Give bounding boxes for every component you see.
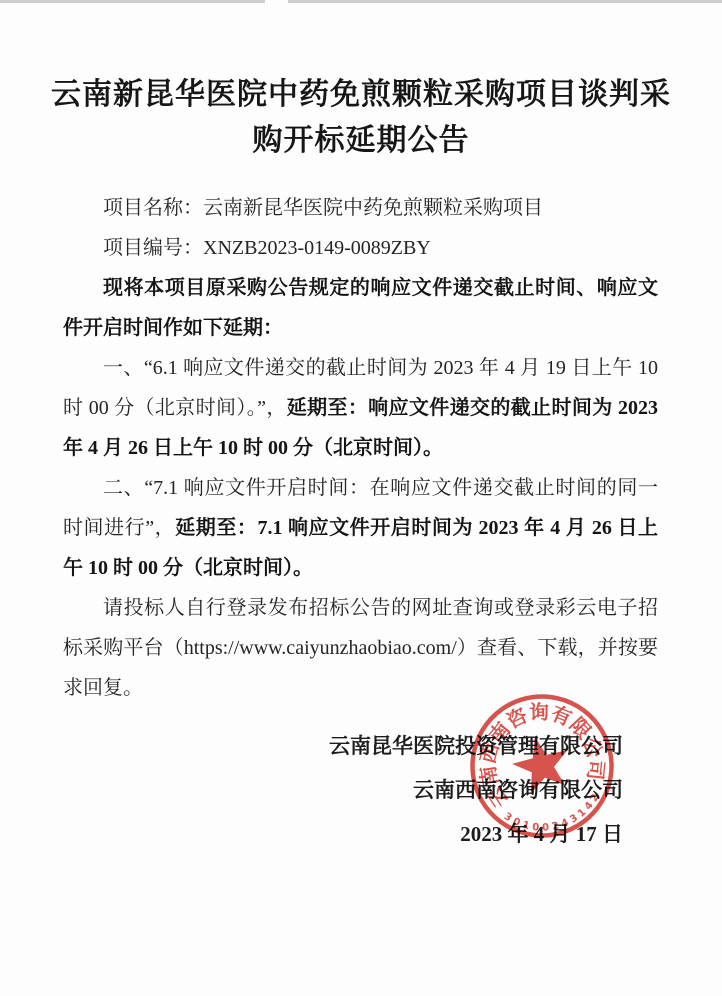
signature-date: 2023 年 4 月 17 日 [0,812,623,856]
signature-company-1: 云南昆华医院投资管理有限公司 [0,724,623,768]
paragraph-text: 请投标人自行登录发布招标公告的网址查询或登录彩云电子招标采购平台（https:/… [63,597,658,699]
paragraph: 现将本项目原采购公告规定的响应文件递交截止时间、响应文件开启时间作如下延期： [63,268,658,348]
paragraph-text: 项目名称：云南新昆华医院中药免煎颗粒采购项目 [103,197,543,219]
paragraph: 项目编号：XNZB2023-0149-0089ZBY [63,228,658,268]
document-page: 云南新昆华医院中药免煎颗粒采购项目谈判采购开标延期公告 项目名称：云南新昆华医院… [0,0,722,996]
paragraph: 一、“6.1 响应文件递交的截止时间为 2023 年 4 月 19 日上午 10… [63,348,658,468]
signature-block: 云南昆华医院投资管理有限公司 云南西南咨询有限公司 2023 年 4 月 17 … [0,724,722,856]
paragraph-text: 项目编号：XNZB2023-0149-0089ZBY [103,237,431,259]
paragraph: 二、“7.1 响应文件开启时间：在响应文件递交截止时间的同一时间进行”，延期至：… [63,468,658,588]
scan-artifact-line-left [0,0,265,3]
title-line2: 购开标延期公告 [253,124,470,157]
paragraph-text-bold: 现将本项目原采购公告规定的响应文件递交截止时间、响应文件开启时间作如下延期： [63,277,658,339]
document-body: 项目名称：云南新昆华医院中药免煎颗粒采购项目项目编号：XNZB2023-0149… [63,188,658,708]
paragraph: 请投标人自行登录发布招标公告的网址查询或登录彩云电子招标采购平台（https:/… [63,588,658,708]
signature-company-2: 云南西南咨询有限公司 [0,768,623,812]
scan-artifact-line-right [288,0,722,3]
page-title: 云南新昆华医院中药免煎颗粒采购项目谈判采购开标延期公告 [40,72,682,164]
paragraph: 项目名称：云南新昆华医院中药免煎颗粒采购项目 [63,188,658,228]
title-line1: 云南新昆华医院中药免煎颗粒采购项目谈判采 [51,78,671,111]
